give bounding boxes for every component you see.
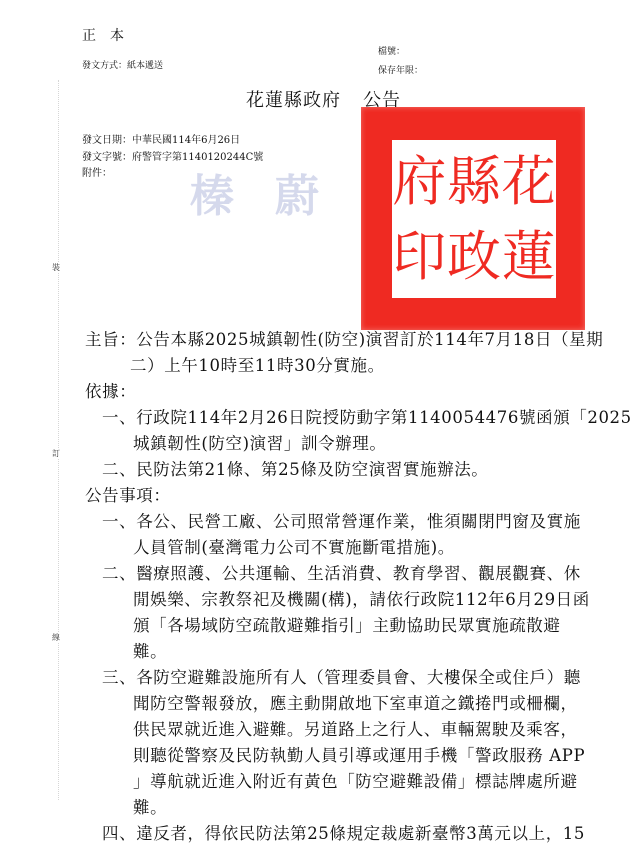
seal-column-1: 花 蓮 [502,144,556,294]
notice-item-1-line-2: 人員管制(臺灣電力公司不實施斷電措施)。 [133,534,455,558]
seal-column-3: 府 印 [392,144,446,294]
official-seal: 花 蓮 縣 政 府 印 [361,107,585,330]
reference-number: 發文字號：府警管字第1140120244C號 [82,148,263,163]
seal-inner: 花 蓮 縣 政 府 印 [392,140,556,298]
seal-char: 蓮 [502,223,556,291]
retention-period: 保存年限： [378,63,423,76]
basis-heading: 依據： [85,378,136,402]
notice-item-2-line-1: 二、醫療照護、公共運輸、生活消費、教育學習、觀展觀賽、休 [102,560,581,584]
seal-char: 縣 [447,148,501,216]
issue-date-label: 發文日期： [82,135,132,146]
signature-stamp-char-2: 蔚 [275,160,319,224]
notice-item-2-line-3: 頒「各場域防空疏散避難指引」主動協助民眾實施疏散避 [133,612,561,636]
subject-line-1: 主旨：公告本縣2025城鎮韌性(防空)演習訂於114年7月18日（星期 [85,326,603,350]
issue-date: 發文日期：中華民國114年6月26日 [82,131,240,146]
notice-item-3-line-4: 則聽從警察及民防執勤人員引導或運用手機「警政服務 APP [133,742,585,766]
notice-item-3-line-2: 聞防空警報發放，應主動開啟地下室車道之鐵捲門或柵欄， [133,690,578,714]
notice-item-1-line-1: 一、各公、民營工廠、公司照常營運作業，惟須關閉門窗及實施 [102,508,581,532]
notice-item-3-line-3: 供民眾就近進入避難。另道路上之行人、車輛駕駛及乘客， [133,716,578,740]
basis-item-1-line-2: 城鎮韌性(防空)演習」訓令辦理。 [133,430,386,454]
seal-char: 印 [392,223,446,291]
seal-column-2: 縣 政 [447,144,501,294]
notice-item-2-line-4: 難。 [133,638,167,662]
send-method-value: 紙本遞送 [127,61,163,71]
send-method: 發文方式：紙本遞送 [82,58,163,71]
notice-item-4-line-1: 四、違反者，得依民防法第25條規定裁處新臺幣3萬元以上，15 [102,820,585,844]
seal-char: 花 [502,148,556,216]
binding-mark-ding: 訂 [52,448,60,459]
notice-heading: 公告事項： [85,482,171,506]
seal-char: 府 [392,148,446,216]
notice-item-3-line-1: 三、各防空避難設施所有人（管理委員會、大樓保全或住戶）聽 [102,664,581,688]
file-number-label: 檔號： [378,47,405,57]
signature-stamp-char-1: 榛 [190,160,234,224]
file-number: 檔號： [378,44,405,57]
basis-item-2: 二、民防法第21條、第25條及防空演習實施辦法。 [102,456,488,480]
notice-item-2-line-2: 閒娛樂、宗教祭祀及機關(構)，請依行政院112年6月29日函 [133,586,590,610]
attachment: 附件： [82,164,112,179]
retention-period-label: 保存年限： [378,66,423,76]
binding-mark-zhuang: 裝 [52,262,60,273]
notice-item-3-line-5: 」導航就近進入附近有黃色「防空避難設備」標誌牌處所避 [133,768,578,792]
attachment-label: 附件： [82,168,112,179]
issue-date-value: 中華民國114年6月26日 [132,135,240,146]
basis-item-1-line-1: 一、行政院114年2月26日院授防動字第1140054476號函頒「2025 [102,404,632,428]
binding-line [58,80,59,800]
binding-mark-xian: 線 [52,632,60,643]
title-org: 花蓮縣政府 [246,90,341,111]
copy-label: 正本 [82,25,138,45]
subject-line-2: 二）上午10時至11時30分實施。 [130,352,385,376]
notice-item-3-line-6: 難。 [133,794,167,818]
send-method-label: 發文方式： [82,61,127,71]
seal-char: 政 [447,223,501,291]
reference-number-label: 發文字號： [82,152,132,163]
